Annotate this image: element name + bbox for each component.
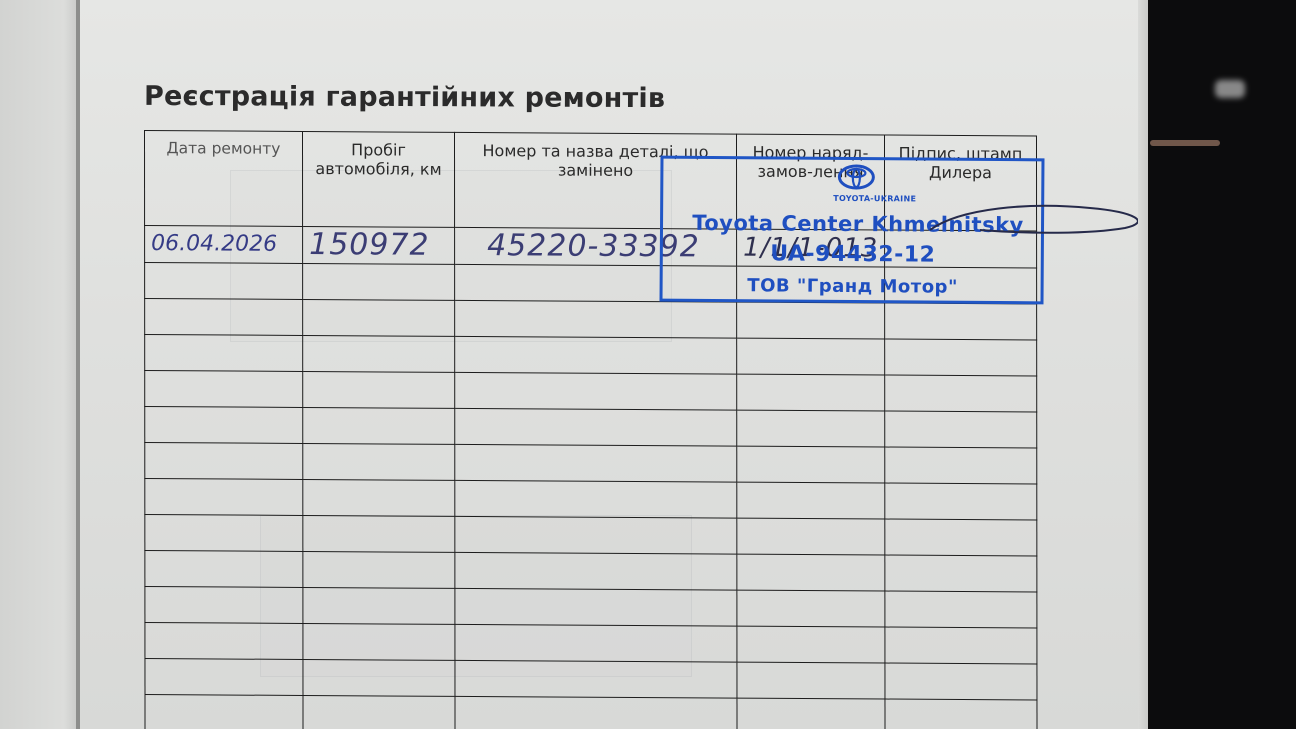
stamp-brand: TOYOTA-UKRAINE <box>833 194 916 204</box>
table-row <box>145 443 1037 484</box>
cell-date <box>145 623 303 660</box>
cell-order <box>737 554 885 591</box>
cell-part <box>455 408 737 446</box>
cell-part <box>455 372 737 410</box>
cell-date <box>145 299 303 336</box>
background-reflection <box>1215 80 1245 98</box>
table-row <box>145 623 1037 664</box>
cell-part <box>455 696 737 729</box>
table-row <box>145 659 1037 700</box>
table-row <box>145 695 1037 729</box>
table-row <box>145 551 1037 592</box>
cell-date <box>145 587 303 624</box>
cell-signature <box>885 339 1037 376</box>
cell-order <box>737 482 885 519</box>
cell-part <box>455 444 737 482</box>
document-page: Реєстрація гарантійних ремонтів Дата рем… <box>80 0 1148 729</box>
cell-date <box>145 371 303 408</box>
cell-mileage <box>303 659 455 696</box>
cell-mileage <box>303 515 455 552</box>
cell-signature <box>885 555 1037 592</box>
dealer-signature <box>920 200 1148 244</box>
page-right-edge <box>1138 0 1148 729</box>
table-row <box>145 479 1037 520</box>
cell-mileage <box>303 623 455 660</box>
cell-signature <box>885 699 1037 729</box>
cell-mileage <box>303 335 455 372</box>
cell-signature <box>885 447 1037 484</box>
cell-date <box>145 443 303 480</box>
previous-page <box>0 0 80 729</box>
cell-part <box>455 588 737 626</box>
cell-part <box>455 480 737 518</box>
cell-date <box>145 479 303 516</box>
table-row <box>145 407 1037 448</box>
cell-mileage: 150972 <box>303 226 455 264</box>
cell-signature <box>885 411 1037 448</box>
cell-mileage <box>303 443 455 480</box>
cell-date <box>145 407 303 444</box>
cell-date <box>145 659 303 696</box>
stamp-dealer-code: UA-94432-12 <box>663 241 1043 269</box>
cell-part <box>455 336 737 374</box>
cell-signature <box>885 519 1037 556</box>
cell-mileage <box>303 551 455 588</box>
cell-order <box>737 302 885 339</box>
cell-mileage <box>303 695 455 729</box>
table-row <box>145 371 1037 412</box>
cell-order <box>737 662 885 699</box>
cell-order <box>737 626 885 663</box>
cell-order <box>737 338 885 375</box>
cell-order <box>737 410 885 447</box>
handwritten-date: 06.04.2026 <box>145 226 302 263</box>
cell-mileage <box>303 299 455 336</box>
cell-date <box>145 515 303 552</box>
cell-date <box>145 263 303 300</box>
cell-mileage <box>303 263 455 300</box>
column-header-date: Дата ремонту <box>145 131 303 227</box>
handwritten-mileage: 150972 <box>303 227 454 264</box>
toyota-logo-icon <box>837 164 875 190</box>
cell-mileage <box>303 371 455 408</box>
cell-date <box>145 551 303 588</box>
cell-order <box>737 518 885 555</box>
cell-signature <box>885 375 1037 412</box>
stamp-company-name: ТОВ "Гранд Мотор" <box>663 275 1043 299</box>
cell-order <box>737 446 885 483</box>
cell-mileage <box>303 587 455 624</box>
cell-part <box>455 300 737 338</box>
table-row <box>145 335 1037 376</box>
cell-part <box>455 624 737 662</box>
cell-order <box>737 590 885 627</box>
background-object <box>1150 140 1220 146</box>
cell-date <box>145 695 303 729</box>
cell-mileage <box>303 407 455 444</box>
cell-signature <box>885 303 1037 340</box>
table-row <box>145 299 1037 340</box>
cell-date <box>145 335 303 372</box>
cell-signature <box>885 663 1037 700</box>
column-header-mileage: Пробіг автомобіля, км <box>302 131 454 227</box>
cell-mileage <box>303 479 455 516</box>
table-row <box>145 515 1037 556</box>
cell-part <box>455 516 737 554</box>
cell-date: 06.04.2026 <box>145 226 303 264</box>
cell-order <box>737 374 885 411</box>
cell-signature <box>885 483 1037 520</box>
cell-signature <box>885 627 1037 664</box>
table-row <box>145 587 1037 628</box>
page-title: Реєстрація гарантійних ремонтів <box>144 81 665 114</box>
cell-order <box>737 698 885 729</box>
cell-signature <box>885 591 1037 628</box>
cell-part <box>455 552 737 590</box>
cell-part <box>455 660 737 698</box>
